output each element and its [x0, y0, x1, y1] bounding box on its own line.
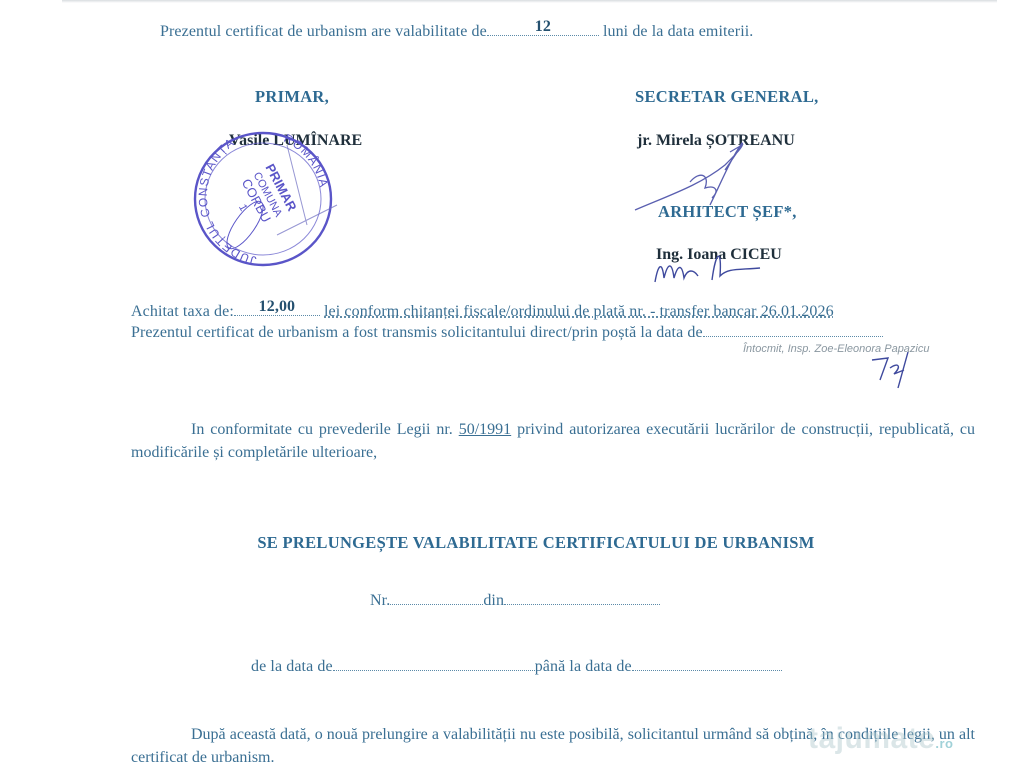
extension-nr-label: Nr. [370, 592, 390, 609]
extension-number-line: Nr.din [370, 590, 660, 610]
official-stamp: JUDEȚUL CONSTANȚA ROMÂNIA PRIMAR COMUNA … [187, 125, 347, 275]
fee-prefix: Achitat taxa de: [131, 303, 234, 320]
transmission-text: Prezentul certificat de urbanism a fost … [131, 324, 703, 341]
extension-title: SE PRELUNGEȘTE VALABILITATE CERTIFICATUL… [0, 533, 1024, 553]
watermark-brand: tajumate [808, 722, 935, 755]
law-paragraph: In conformitate cu prevederile Legii nr.… [131, 418, 975, 464]
validity-months-field: 12 [487, 21, 599, 36]
extension-nr-field [390, 590, 483, 605]
extension-from-label: de la data de [251, 658, 333, 675]
extension-period-line: de la data depână la data de [251, 656, 782, 676]
architect-signature [650, 240, 790, 290]
secretary-role: SECRETAR GENERAL, [635, 87, 819, 107]
architect-role: ARHITECT ȘEF*, [658, 202, 797, 222]
validity-prefix: Prezentul certificat de urbanism are val… [160, 23, 487, 40]
fee-amount-value: 12,00 [234, 298, 320, 316]
extension-from-field [333, 656, 535, 671]
extension-to-field [632, 656, 782, 671]
fee-amount-field: 12,00 [234, 301, 320, 316]
law-number: 50/1991 [459, 421, 511, 438]
law-before: In conformitate cu prevederile Legii nr. [191, 421, 453, 438]
fee-suffix: lei conform chitanței fiscale/ordinului … [324, 303, 834, 320]
validity-months-value: 12 [487, 18, 599, 36]
validity-line: Prezentul certificat de urbanism are val… [160, 21, 753, 41]
extension-din-label: din [483, 592, 504, 609]
mayor-role: PRIMAR, [255, 87, 329, 107]
page-top-edge [62, 0, 997, 3]
transmission-line: Prezentul certificat de urbanism a fost … [131, 322, 883, 342]
transmission-date-field [703, 322, 883, 337]
validity-suffix: luni de la data emiterii. [603, 23, 753, 40]
svg-text:ROMÂNIA: ROMÂNIA [282, 131, 331, 189]
watermark: tajumate.ro [808, 722, 954, 756]
inspector-signature [868, 350, 918, 390]
extension-din-field [504, 590, 660, 605]
watermark-tld: .ro [935, 736, 953, 751]
extension-to-label: până la data de [535, 658, 632, 675]
fee-line: Achitat taxa de:12,00 lei conform chitan… [131, 301, 834, 321]
